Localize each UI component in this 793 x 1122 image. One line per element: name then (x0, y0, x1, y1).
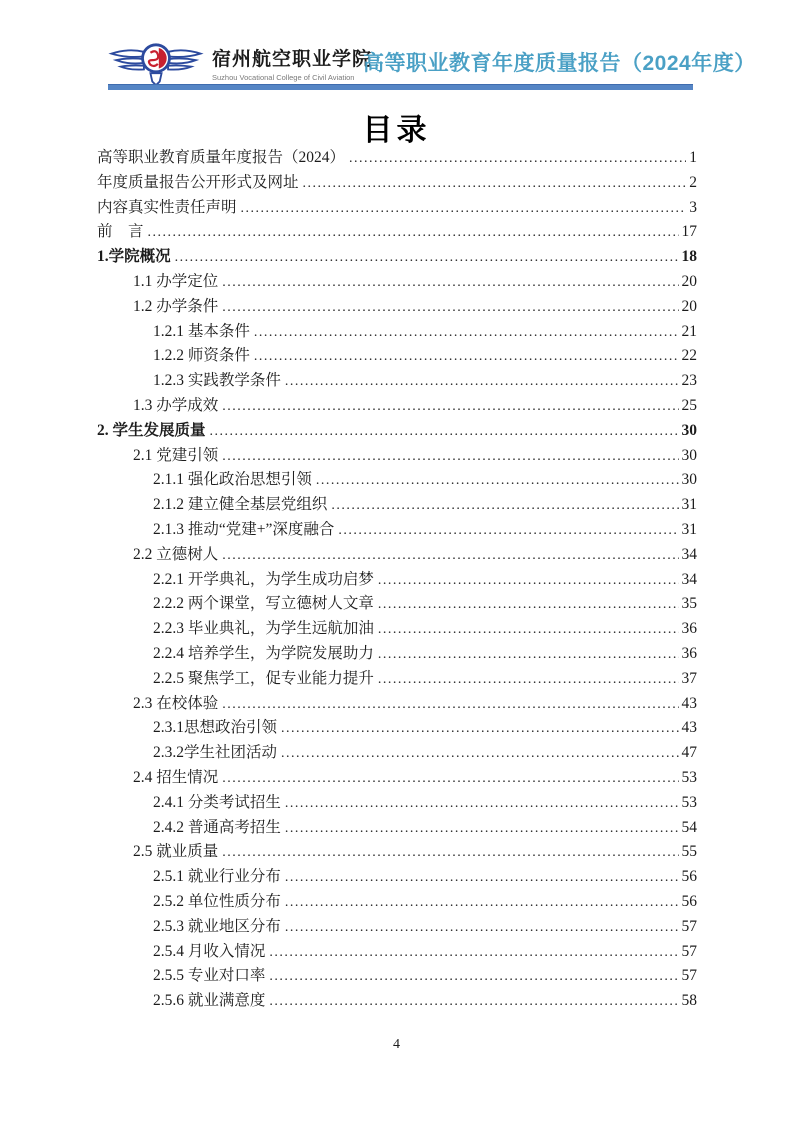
toc-entry-label: 2.5 就业质量 (133, 840, 218, 865)
toc-row: 2.2.5 聚焦学工，促专业能力提升 37 (97, 667, 697, 692)
toc-dot-leader (241, 196, 687, 222)
toc-entry-page: 3 (689, 196, 697, 221)
toc-row: 2.4.1 分类考试招生 53 (97, 791, 697, 816)
toc-entry-page: 55 (682, 840, 698, 865)
college-name-en: Suzhou Vocational College of Civil Aviat… (212, 73, 372, 82)
toc-entry-page: 23 (682, 369, 698, 394)
toc-entry-label: 内容真实性责任声明 (97, 196, 237, 221)
toc-dot-leader (285, 369, 679, 395)
toc-entry-page: 54 (682, 816, 698, 841)
toc-entry-page: 20 (682, 295, 698, 320)
college-logo-icon (106, 36, 206, 88)
toc-dot-leader (222, 840, 678, 866)
toc-dot-leader (285, 915, 679, 941)
toc-entry-label: 2. 学生发展质量 (97, 419, 206, 444)
toc-entry-label: 2.2.4 培养学生，为学院发展助力 (153, 642, 374, 667)
toc-dot-leader (285, 890, 679, 916)
toc-row: 1.学院概况 18 (97, 245, 697, 270)
toc-entry-page: 1 (689, 146, 697, 171)
toc-entry-page: 35 (682, 592, 698, 617)
toc-dot-leader (254, 344, 679, 370)
toc-dot-leader (285, 816, 679, 842)
toc-row: 2.2.1 开学典礼，为学生成功启梦 34 (97, 568, 697, 593)
toc-entry-label: 1.学院概况 (97, 245, 171, 270)
toc-dot-leader (222, 766, 678, 792)
report-title: 高等职业教育年度质量报告（2024年度） (363, 47, 756, 77)
toc-dot-leader (222, 692, 678, 718)
toc-entry-page: 43 (682, 716, 698, 741)
toc-row: 年度质量报告公开形式及网址 2 (97, 171, 697, 196)
toc-row: 高等职业教育质量年度报告（2024） 1 (97, 146, 697, 171)
toc-row: 2.5.4 月收入情况 57 (97, 940, 697, 965)
toc-entry-page: 30 (682, 419, 698, 444)
toc-entry-page: 57 (682, 964, 698, 989)
header-divider-bar (108, 84, 693, 90)
toc-dot-leader (222, 270, 678, 296)
toc-entry-page: 36 (682, 642, 698, 667)
toc-row: 1.3 办学成效 25 (97, 394, 697, 419)
toc-row: 2.1 党建引领 30 (97, 444, 697, 469)
toc-entry-label: 2.1.1 强化政治思想引领 (153, 468, 312, 493)
toc-entry-label: 2.5.5 专业对口率 (153, 964, 265, 989)
toc-dot-leader (303, 171, 687, 197)
toc-entry-label: 2.2.1 开学典礼，为学生成功启梦 (153, 568, 374, 593)
toc-entry-page: 30 (682, 468, 698, 493)
toc-entry-page: 57 (682, 940, 698, 965)
toc-dot-leader (349, 146, 686, 172)
toc-entry-page: 58 (682, 989, 698, 1014)
toc-entry-label: 2.3.2学生社团活动 (153, 741, 277, 766)
toc-entry-page: 36 (682, 617, 698, 642)
toc-entry-page: 31 (682, 493, 698, 518)
toc-entry-label: 2.5.2 单位性质分布 (153, 890, 281, 915)
toc-dot-leader (338, 518, 678, 544)
toc-entry-label: 2.4.2 普通高考招生 (153, 816, 281, 841)
toc-row: 2. 学生发展质量 30 (97, 419, 697, 444)
college-name-block: 宿州航空职业学院 Suzhou Vocational College of Ci… (212, 44, 372, 82)
toc-entry-page: 25 (682, 394, 698, 419)
toc-row: 1.2.1 基本条件 21 (97, 320, 697, 345)
toc-row: 2.1.2 建立健全基层党组织 31 (97, 493, 697, 518)
toc-dot-leader (222, 295, 678, 321)
toc-dot-leader (269, 989, 678, 1015)
toc-entry-label: 1.1 办学定位 (133, 270, 218, 295)
toc-dot-leader (316, 468, 679, 494)
toc-entry-page: 56 (682, 865, 698, 890)
toc-row: 2.3.1思想政治引领 43 (97, 716, 697, 741)
toc-dot-leader (269, 964, 678, 990)
toc-entry-page: 21 (682, 320, 698, 345)
toc-entry-label: 2.2 立德树人 (133, 543, 218, 568)
toc-row: 2.2.3 毕业典礼，为学生远航加油 36 (97, 617, 697, 642)
toc-row: 2.5 就业质量 55 (97, 840, 697, 865)
toc-entry-label: 年度质量报告公开形式及网址 (97, 171, 299, 196)
toc-entry-page: 22 (682, 344, 698, 369)
toc-entry-page: 18 (682, 245, 698, 270)
toc-entry-page: 2 (689, 171, 697, 196)
toc-entry-label: 2.4.1 分类考试招生 (153, 791, 281, 816)
toc-entry-label: 2.3.1思想政治引领 (153, 716, 277, 741)
toc-entry-label: 1.2 办学条件 (133, 295, 218, 320)
toc-entry-label: 2.2.5 聚焦学工，促专业能力提升 (153, 667, 374, 692)
toc-row: 2.5.2 单位性质分布 56 (97, 890, 697, 915)
toc-row: 2.4 招生情况 53 (97, 766, 697, 791)
toc-row: 1.2.2 师资条件 22 (97, 344, 697, 369)
toc-dot-leader (378, 568, 679, 594)
toc-row: 2.3.2学生社团活动 47 (97, 741, 697, 766)
toc-row: 内容真实性责任声明 3 (97, 196, 697, 221)
toc-entry-label: 2.5.4 月收入情况 (153, 940, 265, 965)
toc-dot-leader (222, 394, 678, 420)
toc-entry-label: 2.2.2 两个课堂，写立德树人文章 (153, 592, 374, 617)
toc-dot-leader (269, 940, 678, 966)
toc-entry-page: 53 (682, 791, 698, 816)
toc-entry-label: 前 言 (97, 220, 144, 245)
toc-dot-leader (281, 716, 678, 742)
toc-row: 2.5.1 就业行业分布 56 (97, 865, 697, 890)
toc-entry-page: 30 (682, 444, 698, 469)
toc-entry-page: 34 (682, 543, 698, 568)
toc-row: 2.5.5 专业对口率 57 (97, 964, 697, 989)
toc-dot-leader (222, 543, 678, 569)
toc-dot-leader (281, 741, 678, 767)
toc-entry-page: 57 (682, 915, 698, 940)
toc-entry-page: 34 (682, 568, 698, 593)
toc-entry-label: 2.5.3 就业地区分布 (153, 915, 281, 940)
toc-dot-leader (378, 617, 679, 643)
toc-dot-leader (378, 642, 679, 668)
toc-entry-label: 1.2.1 基本条件 (153, 320, 250, 345)
toc-row: 2.2 立德树人 34 (97, 543, 697, 568)
toc-dot-leader (285, 865, 679, 891)
toc-entry-label: 1.2.3 实践教学条件 (153, 369, 281, 394)
toc-dot-leader (222, 444, 678, 470)
toc-entry-page: 53 (682, 766, 698, 791)
toc-dot-leader (331, 493, 678, 519)
toc-entry-label: 2.1 党建引领 (133, 444, 218, 469)
toc-row: 2.5.3 就业地区分布 57 (97, 915, 697, 940)
toc-list: 高等职业教育质量年度报告（2024） 1 年度质量报告公开形式及网址 2 内容真… (97, 146, 697, 1014)
toc-row: 2.2.4 培养学生，为学院发展助力 36 (97, 642, 697, 667)
toc-dot-leader (210, 419, 679, 445)
toc-row: 1.2.3 实践教学条件 23 (97, 369, 697, 394)
toc-row: 2.3 在校体验 43 (97, 692, 697, 717)
toc-entry-page: 20 (682, 270, 698, 295)
toc-dot-leader (378, 667, 679, 693)
document-page: 宿州航空职业学院 Suzhou Vocational College of Ci… (0, 0, 793, 1122)
toc-entry-page: 43 (682, 692, 698, 717)
toc-entry-page: 31 (682, 518, 698, 543)
toc-entry-label: 2.4 招生情况 (133, 766, 218, 791)
toc-row: 2.2.2 两个课堂，写立德树人文章 35 (97, 592, 697, 617)
toc-row: 2.1.1 强化政治思想引领 30 (97, 468, 697, 493)
toc-entry-page: 17 (682, 220, 698, 245)
toc-entry-label: 2.5.6 就业满意度 (153, 989, 265, 1014)
toc-row: 1.2 办学条件 20 (97, 295, 697, 320)
toc-title: 目录 (0, 105, 793, 149)
toc-row: 前 言 17 (97, 220, 697, 245)
toc-dot-leader (148, 220, 679, 246)
toc-entry-label: 2.1.2 建立健全基层党组织 (153, 493, 327, 518)
toc-entry-page: 47 (682, 741, 698, 766)
college-name-zh: 宿州航空职业学院 (212, 44, 372, 71)
page-number: 4 (0, 1037, 793, 1053)
toc-row: 2.4.2 普通高考招生 54 (97, 816, 697, 841)
toc-entry-label: 2.5.1 就业行业分布 (153, 865, 281, 890)
toc-row: 1.1 办学定位 20 (97, 270, 697, 295)
toc-entry-label: 2.1.3 推动“党建+”深度融合 (153, 518, 334, 543)
toc-entry-label: 2.2.3 毕业典礼，为学生远航加油 (153, 617, 374, 642)
toc-entry-page: 56 (682, 890, 698, 915)
toc-dot-leader (378, 592, 679, 618)
toc-dot-leader (285, 791, 679, 817)
toc-row: 2.5.6 就业满意度 58 (97, 989, 697, 1014)
toc-entry-label: 2.3 在校体验 (133, 692, 218, 717)
toc-entry-label: 1.2.2 师资条件 (153, 344, 250, 369)
toc-row: 2.1.3 推动“党建+”深度融合 31 (97, 518, 697, 543)
toc-entry-label: 1.3 办学成效 (133, 394, 218, 419)
toc-dot-leader (254, 320, 679, 346)
toc-entry-label: 高等职业教育质量年度报告（2024） (97, 146, 345, 171)
toc-entry-page: 37 (682, 667, 698, 692)
toc-dot-leader (175, 245, 679, 271)
